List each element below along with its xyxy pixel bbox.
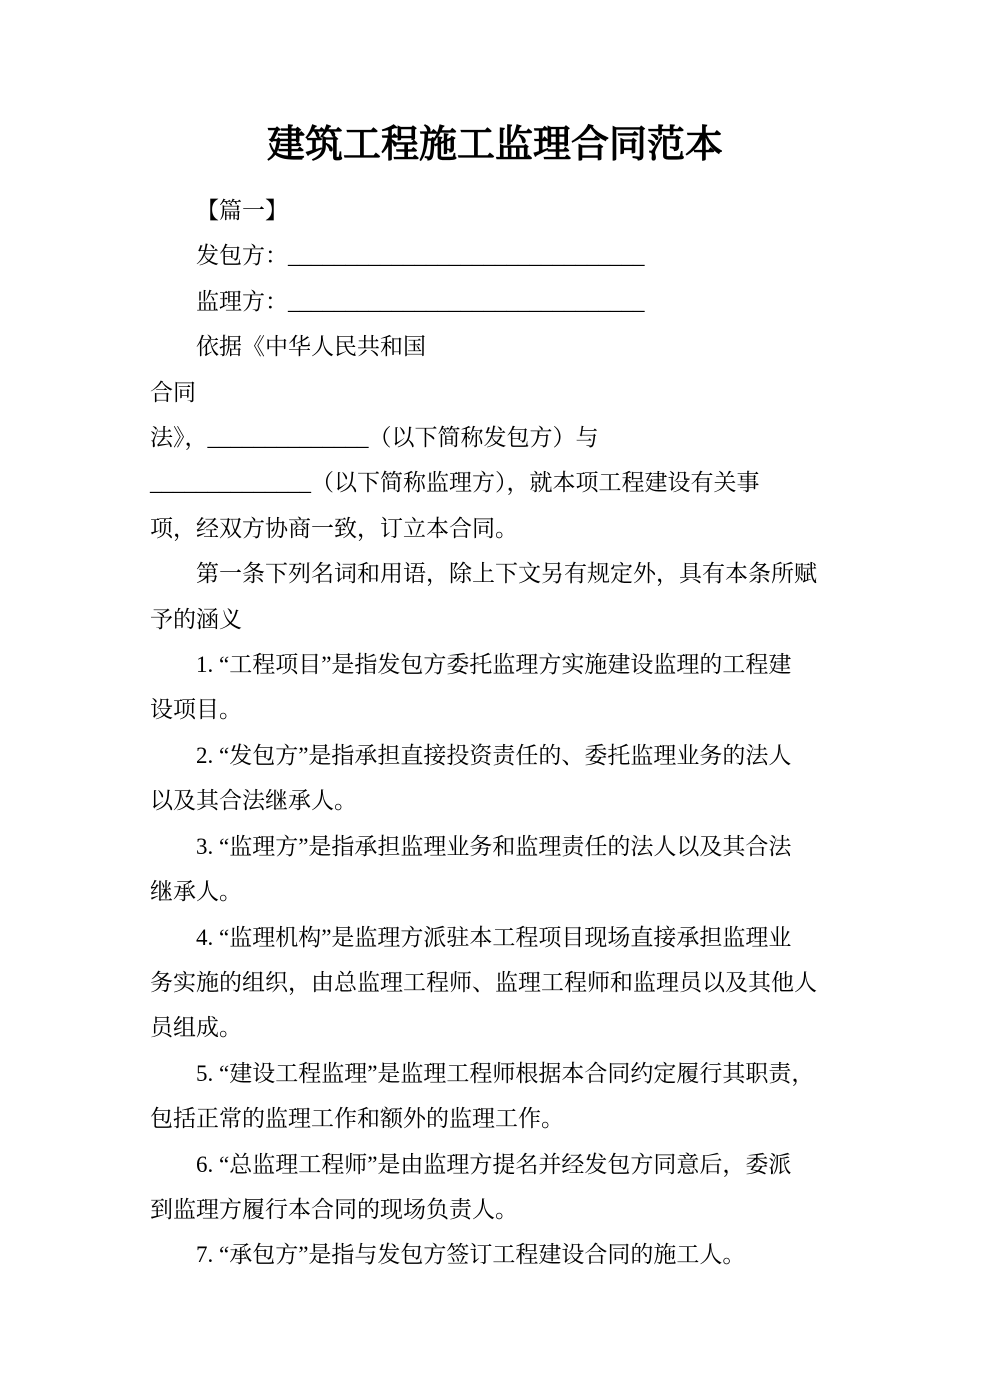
doc-line-item-6: 6. “总监理工程师”是由监理方提名并经发包方同意后，委派 — [150, 1142, 840, 1187]
doc-line: 包括正常的监理工作和额外的监理工作。 — [150, 1096, 840, 1141]
doc-line-supervisor-blank: 监理方：_______________________________ — [150, 279, 840, 324]
doc-line: 法》，______________（以下简称发包方）与 — [150, 415, 840, 460]
doc-line: 设项目。 — [150, 687, 840, 732]
doc-line: 到监理方履行本合同的现场负责人。 — [150, 1187, 840, 1232]
doc-line-item-4: 4. “监理机构”是监理方派驻本工程项目现场直接承担监理业 — [150, 915, 840, 960]
doc-line: 合同 — [150, 370, 840, 415]
doc-line-employer-blank: 发包方：_______________________________ — [150, 233, 840, 278]
doc-line: ______________（以下简称监理方），就本项工程建设有关事 — [150, 460, 840, 505]
doc-line: 继承人。 — [150, 869, 840, 914]
document-title: 建筑工程施工监理合同范本 — [150, 121, 840, 169]
doc-line-item-2: 2. “发包方”是指承担直接投资责任的、委托监理业务的法人 — [150, 733, 840, 778]
doc-line-item-3: 3. “监理方”是指承担监理业务和监理责任的法人以及其合法 — [150, 824, 840, 869]
document-body: 【篇一】 发包方：_______________________________… — [150, 188, 840, 1278]
doc-line: 依据《中华人民共和国 — [150, 324, 840, 369]
doc-line: 予的涵义 — [150, 597, 840, 642]
document-page: 建筑工程施工监理合同范本 【篇一】 发包方：__________________… — [0, 0, 988, 1399]
doc-line-article-1: 第一条下列名词和用语，除上下文另有规定外，具有本条所赋 — [150, 551, 840, 596]
doc-line-item-1: 1. “工程项目”是指发包方委托监理方实施建设监理的工程建 — [150, 642, 840, 687]
doc-line-item-5: 5. “建设工程监理”是监理工程师根据本合同约定履行其职责， — [150, 1051, 840, 1096]
doc-line: 项，经双方协商一致，订立本合同。 — [150, 506, 840, 551]
doc-line: 员组成。 — [150, 1005, 840, 1050]
doc-line: 以及其合法继承人。 — [150, 778, 840, 823]
doc-line-section-label: 【篇一】 — [150, 188, 840, 233]
doc-line-item-7: 7. “承包方”是指与发包方签订工程建设合同的施工人。 — [150, 1232, 840, 1277]
doc-line: 务实施的组织，由总监理工程师、监理工程师和监理员以及其他人 — [150, 960, 840, 1005]
